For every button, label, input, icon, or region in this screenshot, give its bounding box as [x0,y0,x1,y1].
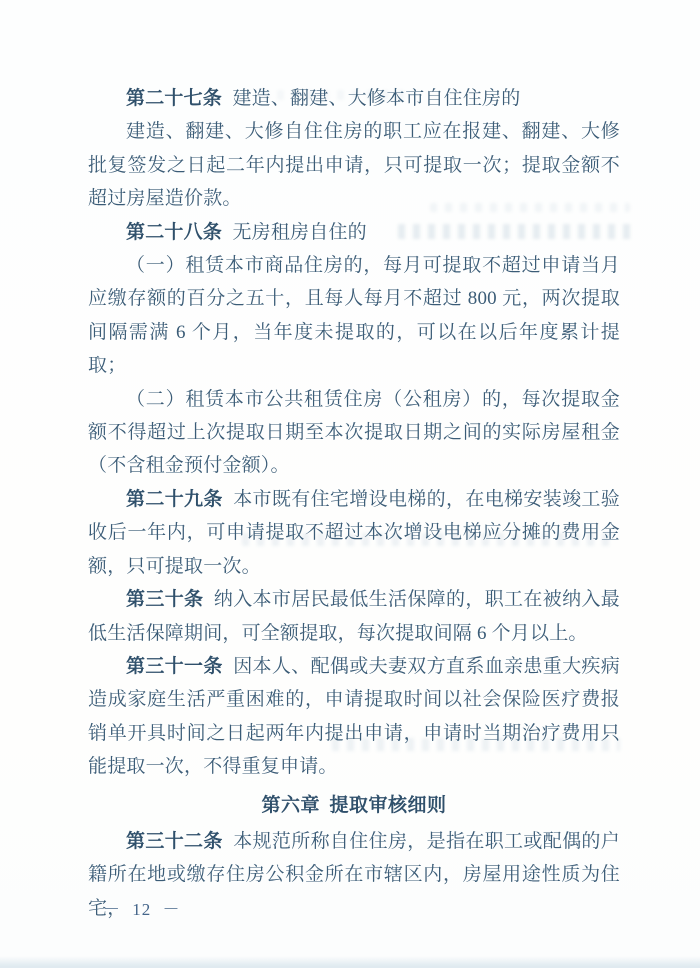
chapter-6-heading: 第六章提取审核细则 [88,789,620,822]
chapter-title: 提取审核细则 [330,795,447,816]
article-29-paragraph: 第二十九条本市既有住宅增设电梯的，在电梯安装竣工验收后一年内，可申请提取不超过本… [88,483,620,583]
article-28-item-1: （一）租赁本市商品住房的，每月可提取不超过申请当月应缴存额的百分之五十，且每人每… [88,249,620,383]
scanned-document-page: 第二十七条建造、翻建、大修本市自住住房的 建造、翻建、大修自住住房的职工应在报建… [0,0,700,968]
article-31-paragraph: 第三十一条因本人、配偶或夫妻双方直系血亲患重大疾病造成家庭生活严重困难的，申请提… [88,650,620,784]
article-title: 建造、翻建、大修本市自住住房的 [232,88,520,109]
article-28-item-2: （二）租赁本市公共租赁住房（公租房）的，每次提取金额不得超过上次提取日期至本次提… [88,383,620,483]
article-number: 第二十八条 [126,222,222,243]
article-number: 第三十一条 [126,656,223,677]
article-30-paragraph: 第三十条纳入本市居民最低生活保障的，职工在被纳入最低生活保障期间，可全额提取，每… [88,583,620,650]
article-27-paragraph: 建造、翻建、大修自住住房的职工应在报建、翻建、大修批复签发之日起二年内提出申请，… [88,115,620,215]
article-27-heading: 第二十七条建造、翻建、大修本市自住住房的 [88,82,620,115]
scan-edge-shadow [0,956,700,968]
article-number: 第三十二条 [126,831,223,852]
article-number: 第三十条 [126,589,203,610]
article-number: 第二十七条 [126,88,222,109]
page-number: － 12 － [103,895,181,920]
chapter-number: 第六章 [261,795,320,816]
article-number: 第二十九条 [126,489,223,510]
article-28-heading: 第二十八条无房租房自住的 [88,216,620,249]
document-body: 第二十七条建造、翻建、大修本市自住住房的 建造、翻建、大修自住住房的职工应在报建… [88,82,620,925]
article-title: 无房租房自住的 [232,222,366,243]
